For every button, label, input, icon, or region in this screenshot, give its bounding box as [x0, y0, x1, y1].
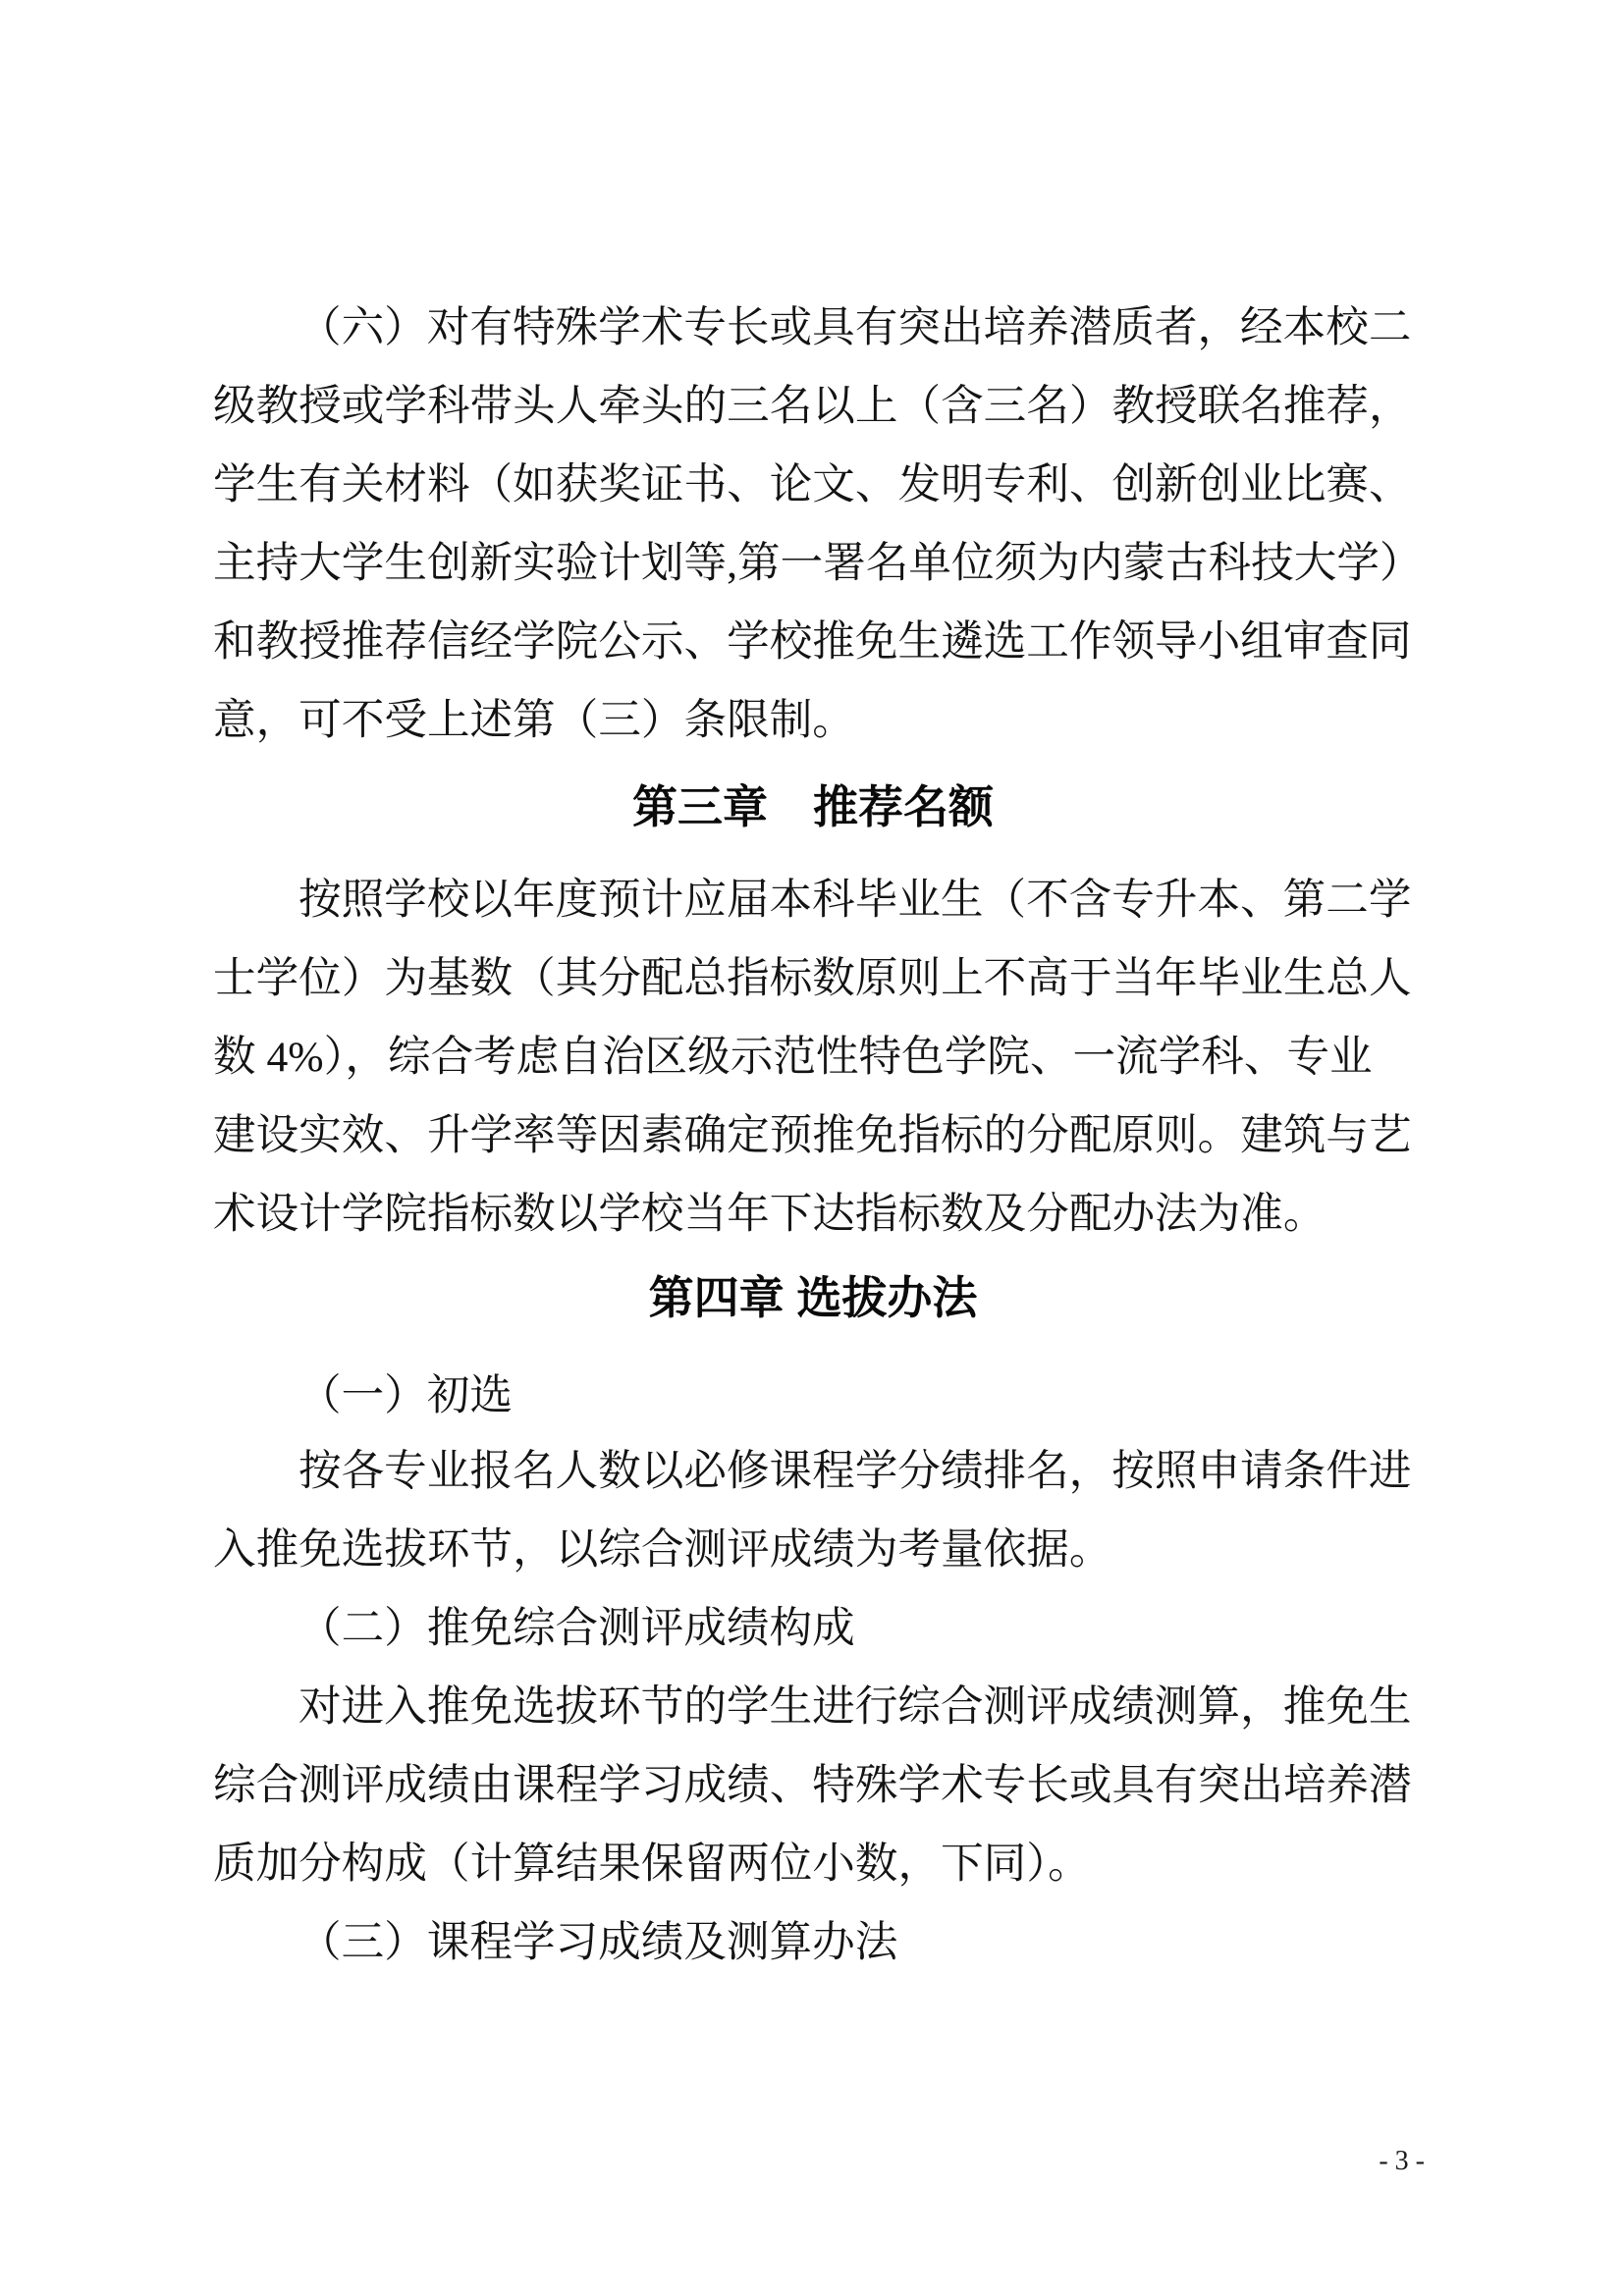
text-line: 级教授或学科带头人牵头的三名以上（含三名）教授联名推荐， — [213, 367, 1431, 446]
chapter-4-heading: 第四章 选拔办法 — [213, 1258, 1413, 1337]
paragraph-composite-score: 对进入推免选拔环节的学生进行综合测评成绩测算，推免生 综合测评成绩由课程学习成绩… — [213, 1668, 1431, 1903]
text-line: 和教授推荐信经学院公示、学校推免生遴选工作领导小组审查同 — [213, 603, 1431, 681]
paragraph-clause-six: （六）对有特殊学术专长或具有突出培养潜质者，经本校二 级教授或学科带头人牵头的三… — [213, 289, 1431, 760]
text-line: 意，可不受上述第（三）条限制。 — [213, 681, 1431, 760]
text-line: 综合测评成绩由课程学习成绩、特殊学术专长或具有突出培养潜 — [213, 1746, 1431, 1825]
text-line: 主持大学生创新实验计划等,第一署名单位须为内蒙古科技大学） — [213, 524, 1431, 603]
paragraph-initial-selection: 按各专业报名人数以必修课程学分绩排名，按照申请条件进 入推免选拔环节，以综合测评… — [213, 1432, 1431, 1589]
text-line: （一）初选 — [213, 1357, 1431, 1435]
text-line: 对进入推免选拔环节的学生进行综合测评成绩测算，推免生 — [213, 1668, 1431, 1746]
text-line: 学生有关材料（如获奖证书、论文、发明专利、创新创业比赛、 — [213, 446, 1431, 524]
text-line: 按照学校以年度预计应届本科毕业生（不含专升本、第二学 — [213, 861, 1431, 939]
item-1-heading: （一）初选 — [213, 1357, 1431, 1435]
item-3-heading: （三）课程学习成绩及测算办法 — [213, 1903, 1431, 1982]
text-line: （六）对有特殊学术专长或具有突出培养潜质者，经本校二 — [213, 289, 1431, 367]
text-line: 士学位）为基数（其分配总指标数原则上不高于当年毕业生总人 — [213, 939, 1431, 1018]
chapter-3-heading: 第三章 推荐名额 — [213, 768, 1413, 846]
page-number: - 3 - — [1379, 2146, 1425, 2177]
text-line: 按各专业报名人数以必修课程学分绩排名，按照申请条件进 — [213, 1432, 1431, 1511]
text-line: 质加分构成（计算结果保留两位小数，下同）。 — [213, 1825, 1431, 1903]
text-line: 术设计学院指标数以学校当年下达指标数及分配办法为准。 — [213, 1175, 1431, 1254]
document-page: （六）对有特殊学术专长或具有突出培养潜质者，经本校二 级教授或学科带头人牵头的三… — [0, 0, 1624, 2296]
text-line: （二）推免综合测评成绩构成 — [213, 1589, 1431, 1668]
text-line: 建设实效、升学率等因素确定预推免指标的分配原则。建筑与艺 — [213, 1096, 1431, 1175]
paragraph-quota: 按照学校以年度预计应届本科毕业生（不含专升本、第二学 士学位）为基数（其分配总指… — [213, 861, 1431, 1254]
text-line: 入推免选拔环节，以综合测评成绩为考量依据。 — [213, 1511, 1431, 1589]
text-line: 数 4%），综合考虑自治区级示范性特色学院、一流学科、专业 — [213, 1018, 1431, 1096]
item-2-heading: （二）推免综合测评成绩构成 — [213, 1589, 1431, 1668]
text-line: （三）课程学习成绩及测算办法 — [213, 1903, 1431, 1982]
